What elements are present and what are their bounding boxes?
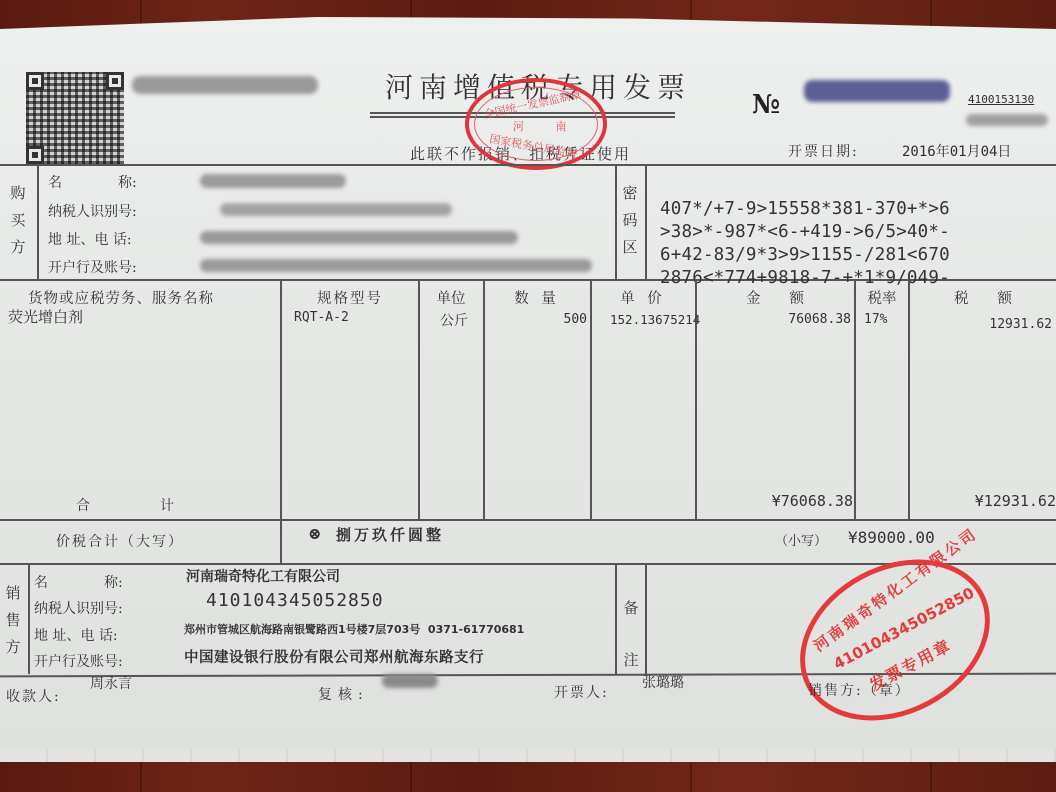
seller-bank-label: 开户行及账号: bbox=[34, 651, 123, 671]
grid-line bbox=[590, 279, 592, 519]
col-header-unit: 单位 bbox=[420, 287, 482, 308]
issue-date-value: 2016年01月04日 bbox=[902, 141, 1011, 161]
redacted-buyer-address bbox=[200, 231, 518, 244]
grid-line bbox=[0, 164, 1056, 166]
invoice-code: 4100153130 bbox=[968, 93, 1034, 106]
grid-line bbox=[280, 519, 282, 563]
remarks-label: 备注 bbox=[622, 582, 640, 686]
circled-x-icon: ⊗ bbox=[308, 524, 321, 543]
grand-total-label: 价税合计（大写） bbox=[56, 531, 184, 551]
grid-line bbox=[37, 164, 39, 279]
grid-line bbox=[854, 279, 856, 519]
buyer-taxid-label: 纳税人识别号: bbox=[48, 201, 137, 221]
total-amount: ¥76068.38 bbox=[697, 492, 853, 510]
buyer-side-label: 购买方 bbox=[9, 180, 27, 261]
redacted-reviewer bbox=[382, 674, 438, 688]
issue-date-label: 开票日期: bbox=[788, 141, 859, 161]
col-header-tax-rate: 税率 bbox=[856, 287, 908, 308]
item-spec: RQT-A-2 bbox=[294, 310, 349, 325]
seller-taxid-label: 纳税人识别号: bbox=[34, 598, 123, 618]
payee-name: 周永言 bbox=[90, 673, 132, 693]
reviewer-label: 复核: bbox=[318, 684, 369, 704]
col-header-quantity: 数 量 bbox=[485, 287, 589, 308]
item-tax-rate: 17% bbox=[864, 312, 887, 327]
item-quantity: 500 bbox=[485, 312, 587, 327]
issuer-name: 张璐璐 bbox=[642, 672, 684, 692]
seller-name: 河南瑞奇特化工有限公司 bbox=[186, 566, 340, 586]
redacted-buyer-name bbox=[200, 174, 346, 188]
redacted-check-code bbox=[966, 114, 1048, 126]
redacted-code bbox=[132, 76, 318, 94]
perforated-edge bbox=[0, 748, 1056, 762]
buyer-name-label: 名 称: bbox=[48, 172, 137, 192]
buyer-address-label: 地 址、电 话: bbox=[48, 229, 132, 249]
col-header-item-name: 货物或应税劳务、服务名称 bbox=[28, 287, 214, 308]
seller-name-label: 名 称: bbox=[34, 572, 123, 592]
col-header-spec: 规格型号 bbox=[300, 287, 400, 308]
invoice-number-label: № bbox=[752, 90, 780, 120]
grid-line bbox=[418, 279, 420, 519]
invoice-paper: 河南增值税专用发票 此联不作报销、扣税凭证使用 全国统一发票监制章 河 南 国家… bbox=[0, 14, 1056, 762]
item-unit: 公斤 bbox=[440, 310, 468, 330]
payee-label: 收款人: bbox=[6, 686, 61, 706]
seller-taxid: 410104345052850 bbox=[206, 590, 384, 611]
col-header-amount: 金 额 bbox=[697, 287, 853, 308]
col-header-tax: 税 额 bbox=[910, 287, 1056, 308]
grid-line bbox=[28, 563, 30, 674]
buyer-bank-label: 开户行及账号: bbox=[48, 257, 137, 277]
total-label: 合 计 bbox=[76, 495, 174, 515]
redacted-buyer-bank bbox=[200, 259, 592, 272]
qr-code bbox=[26, 72, 124, 164]
seller-bank: 中国建设银行股份有限公司郑州航海东路支行 bbox=[184, 646, 484, 667]
item-name: 荧光增白剂 bbox=[8, 306, 83, 327]
cipher-side-label: 密码区 bbox=[621, 180, 639, 261]
grand-total-uppercase: 捌万玖仟圆整 bbox=[336, 524, 444, 545]
seller-invoice-stamp: 河南瑞奇特化工有限公司 410104345052850 发票专用章 bbox=[772, 528, 1018, 753]
grid-line bbox=[615, 164, 617, 279]
grid-line bbox=[645, 563, 647, 674]
item-amount: 76068.38 bbox=[697, 312, 851, 327]
grid-line bbox=[908, 279, 910, 519]
seller-address: 郑州市管城区航海路南银鹭路西1号楼7层703号 0371-61770681 bbox=[184, 621, 524, 637]
seller-seal-label: 销售方:（章） bbox=[808, 680, 911, 700]
tax-supervision-stamp: 全国统一发票监制章 河 南 国家税务总局监制 bbox=[465, 78, 607, 170]
grand-total-lowercase-value: ¥89000.00 bbox=[848, 528, 935, 547]
issuer-label: 开票人: bbox=[554, 682, 609, 702]
grid-line bbox=[645, 164, 647, 279]
grand-total-lowercase-label: （小写） bbox=[775, 530, 827, 549]
item-tax: 12931.62 bbox=[910, 317, 1052, 332]
grid-line bbox=[280, 279, 282, 519]
stamp-text: 河 南 bbox=[513, 118, 581, 134]
cipher-zone: 407*/+7-9>15558*381-370+*>6 >38>*-987*<6… bbox=[660, 198, 950, 290]
seller-address-label: 地 址、电 话: bbox=[34, 625, 118, 645]
total-tax: ¥12931.62 bbox=[910, 492, 1056, 510]
redacted-buyer-taxid bbox=[220, 203, 452, 216]
seller-side-label: 销售方 bbox=[4, 580, 22, 661]
col-header-unit-price: 单 价 bbox=[592, 287, 694, 308]
grid-line bbox=[0, 519, 1056, 521]
grid-line bbox=[615, 563, 617, 674]
item-unit-price: 152.13675214 bbox=[610, 312, 700, 327]
redacted-invoice-number bbox=[804, 80, 950, 102]
